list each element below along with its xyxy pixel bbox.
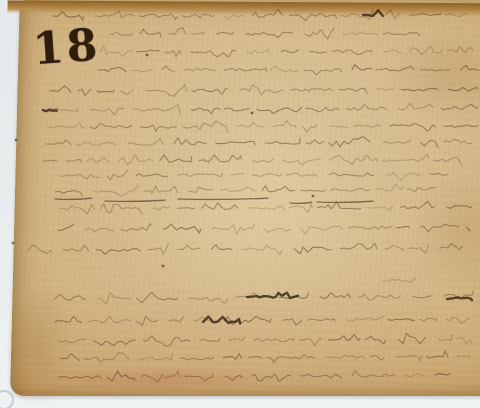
- page-number: 18: [32, 24, 102, 73]
- scanned-document: 18: [0, 0, 480, 408]
